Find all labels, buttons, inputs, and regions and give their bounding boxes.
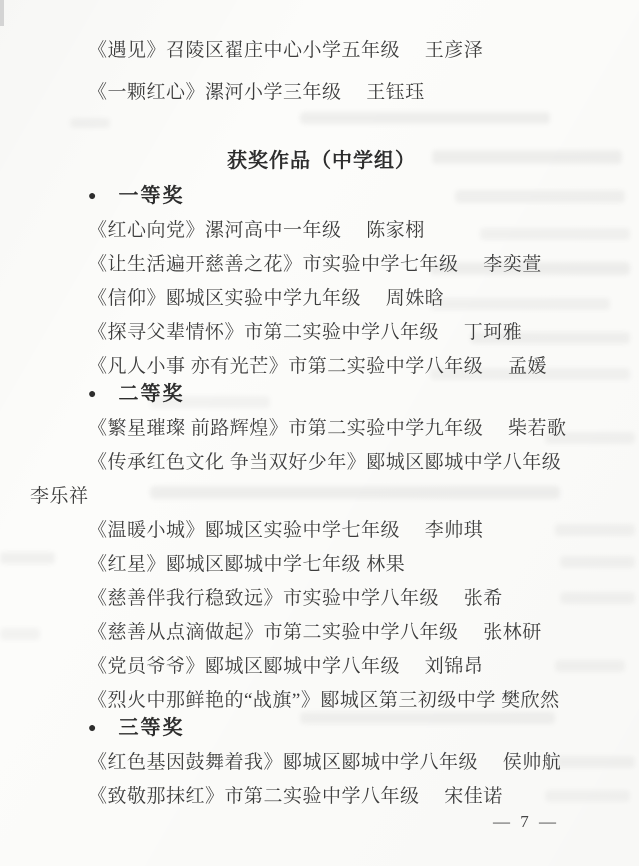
- entry-line: 《繁星璀璨 前路辉煌》市第二实验中学九年级 柴若歌: [30, 412, 613, 446]
- bullet-icon: ●: [88, 178, 96, 212]
- award-row: ●一等奖: [30, 179, 613, 214]
- entry-line: 《探寻父辈情怀》市第二实验中学八年级 丁珂雅: [30, 316, 613, 350]
- entry-line: 《慈善伴我行稳致远》市实验中学八年级 张希: [30, 582, 613, 616]
- continuation-line: 李乐祥: [30, 480, 613, 514]
- entry-line: 《红心向党》漯河高中一年级 陈家栩: [30, 214, 613, 248]
- award-label: 一等奖: [118, 185, 184, 207]
- scan-edge-mark: [0, 0, 4, 26]
- leading-entries: 《遇见》召陵区翟庄中心小学五年级 王彦泽《一颗红心》漯河小学三年级 王钰珏: [30, 30, 613, 114]
- award-sections: ●一等奖《红心向党》漯河高中一年级 陈家栩《让生活遍开慈善之花》市实验中学七年级…: [30, 179, 613, 814]
- entry-line: 《慈善从点滴做起》市第二实验中学八年级 张林研: [30, 616, 613, 650]
- bullet-icon: ●: [88, 710, 96, 744]
- entry-line: 《党员爷爷》郾城区郾城中学八年级 刘锦昂: [30, 650, 613, 684]
- scanned-document-page: 《遇见》召陵区翟庄中心小学五年级 王彦泽《一颗红心》漯河小学三年级 王钰珏 获奖…: [0, 0, 639, 866]
- entry-line: 《让生活遍开慈善之花》市实验中学七年级 李奕萱: [30, 248, 613, 282]
- bullet-icon: ●: [88, 376, 96, 410]
- entry-line: 《红色基因鼓舞着我》郾城区郾城中学八年级 侯帅航: [30, 746, 613, 780]
- award-label: 二等奖: [118, 383, 184, 405]
- entry-line: 《遇见》召陵区翟庄中心小学五年级 王彦泽: [30, 30, 613, 72]
- page-heading: 获奖作品（中学组）: [30, 144, 613, 178]
- entry-line: 《信仰》郾城区实验中学九年级 周姝晗: [30, 282, 613, 316]
- entry-line: 《传承红色文化 争当双好少年》郾城区郾城中学八年级: [30, 446, 613, 480]
- entry-line: 《红星》郾城区郾城中学七年级 林果: [30, 548, 613, 582]
- entry-line: 《致敬那抹红》市第二实验中学八年级 宋佳诺: [30, 780, 613, 814]
- award-label: 三等奖: [118, 717, 184, 739]
- document-body: 《遇见》召陵区翟庄中心小学五年级 王彦泽《一颗红心》漯河小学三年级 王钰珏 获奖…: [30, 30, 613, 814]
- entry-line: 《一颗红心》漯河小学三年级 王钰珏: [30, 72, 613, 114]
- entry-line: 《温暖小城》郾城区实验中学七年级 李帅琪: [30, 514, 613, 548]
- page-number: — 7 —: [493, 812, 559, 832]
